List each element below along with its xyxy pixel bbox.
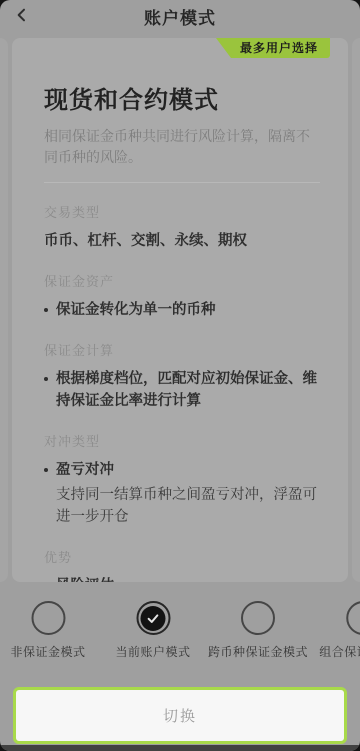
- item-text: 支持同一结算币种之间盈亏对冲，浮盈可进一步开仓: [56, 484, 320, 528]
- mode-card-sections: 交易类型币币、杠杆、交割、永续、期权保证金资产保证金转化为单一的币种保证金计算根…: [44, 202, 320, 582]
- chevron-left-icon: [14, 7, 30, 28]
- item-text: 保证金转化为单一的币种: [56, 299, 216, 321]
- section-label: 对冲类型: [44, 431, 320, 450]
- bullet-item: 风险评估: [44, 575, 320, 582]
- item-text: 风险评估: [56, 575, 114, 582]
- section-text: 支持同一结算币种之间盈亏对冲，浮盈可进一步开仓: [44, 484, 320, 528]
- bullet-dot-icon: [44, 377, 48, 381]
- section-label: 交易类型: [44, 202, 320, 221]
- item-text: 币币、杠杆、交割、永续、期权: [44, 230, 247, 252]
- section-label: 保证金计算: [44, 340, 320, 359]
- bullet-item: 盈亏对冲: [44, 459, 320, 481]
- mode-option-1[interactable]: 非保证金模式: [10, 601, 85, 660]
- checkmark-icon: [140, 606, 165, 631]
- section-label: 保证金资产: [44, 271, 320, 290]
- mode-card: 最多用户选择 现货和合约模式 相同保证金币种共同进行风险计算，隔离不同币种的风险…: [12, 38, 348, 582]
- prev-mode-card-peek[interactable]: [0, 38, 8, 582]
- mode-option-label: 跨币种保证金模式: [208, 643, 308, 660]
- radio-unchecked-icon[interactable]: [346, 601, 360, 635]
- home-indicator-bar: [0, 745, 360, 751]
- mode-option-label: 非保证金模式: [10, 643, 85, 660]
- mode-card-description: 相同保证金币种共同进行风险计算，隔离不同币种的风险。: [44, 126, 320, 168]
- mode-option-label: 当前账户模式: [115, 643, 190, 660]
- account-mode-screen: 账户模式 最多用户选择 现货和合约模式 相同保证金币种共同进行风险计算，隔离不同…: [0, 0, 360, 751]
- bullet-item: 根据梯度档位，匹配对应初始保证金、维持保证金比率进行计算: [44, 368, 320, 412]
- mode-option-3[interactable]: 跨币种保证金模式: [208, 601, 308, 660]
- divider: [44, 182, 320, 183]
- radio-unchecked-icon[interactable]: [241, 601, 275, 635]
- bullet-dot-icon: [44, 308, 48, 312]
- item-text: 盈亏对冲: [56, 459, 114, 481]
- most-users-badge: 最多用户选择: [216, 38, 330, 58]
- mode-option-label: 组合保证金模式: [319, 643, 360, 660]
- switch-button[interactable]: 切换: [13, 687, 347, 744]
- mode-selector: 非保证金模式当前账户模式跨币种保证金模式组合保证金模式: [0, 601, 360, 665]
- page-title: 账户模式: [144, 4, 216, 29]
- section-label: 优势: [44, 547, 320, 566]
- item-text: 根据梯度档位，匹配对应初始保证金、维持保证金比率进行计算: [56, 368, 320, 412]
- radio-checked-icon[interactable]: [136, 601, 170, 635]
- next-mode-card-peek[interactable]: [352, 38, 360, 582]
- mode-card-title: 现货和合约模式: [44, 80, 320, 115]
- header: 账户模式: [0, 0, 360, 32]
- back-button[interactable]: [10, 5, 34, 29]
- bullet-dot-icon: [44, 468, 48, 472]
- bullet-item: 保证金转化为单一的币种: [44, 299, 320, 321]
- mode-option-4[interactable]: 组合保证金模式: [319, 601, 360, 660]
- radio-unchecked-icon[interactable]: [31, 601, 65, 635]
- section-text: 币币、杠杆、交割、永续、期权: [44, 230, 320, 252]
- mode-option-2[interactable]: 当前账户模式: [115, 601, 190, 660]
